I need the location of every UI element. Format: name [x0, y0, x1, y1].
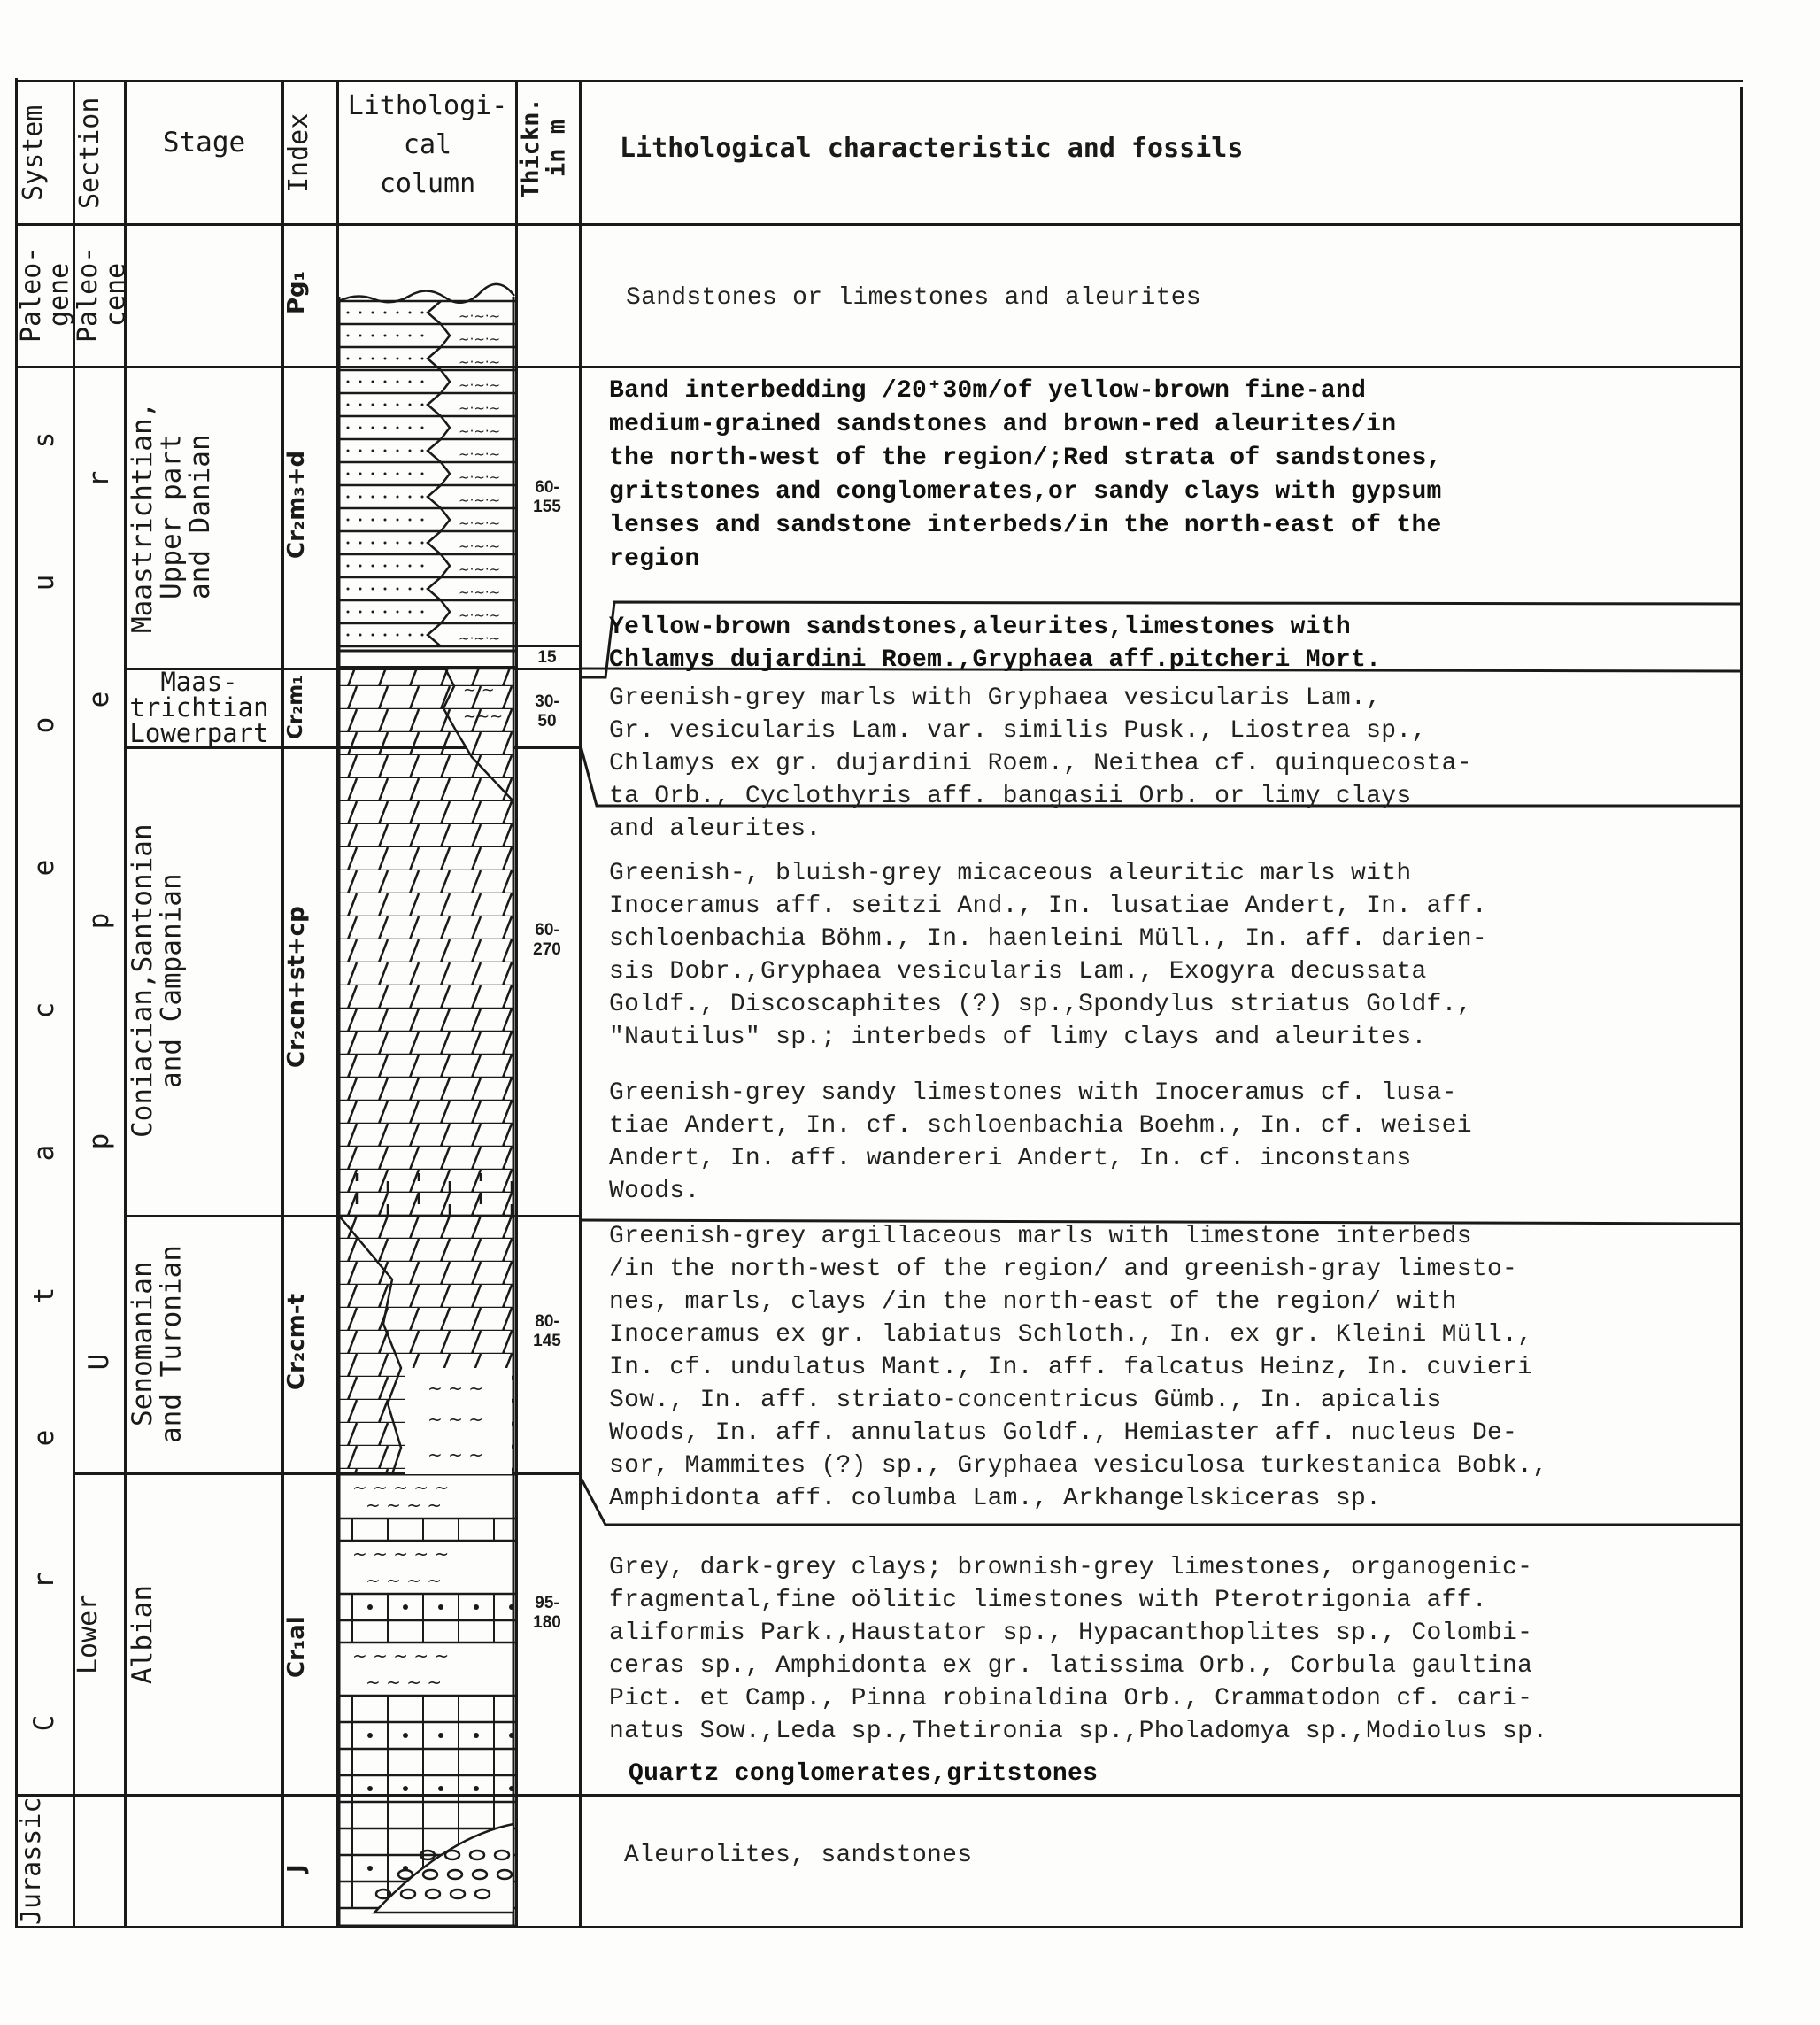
thickness-coniacian: 60- 270	[521, 921, 574, 960]
thickness-senomanian: 80- 145	[521, 1312, 574, 1351]
svg-text:~·~·~: ~·~·~	[459, 538, 500, 554]
vertical-letter: C	[28, 1710, 60, 1736]
header-thickness: Thickn. in m	[518, 81, 578, 214]
svg-text:~·~·~: ~·~·~	[459, 492, 500, 508]
svg-text:~·~·~: ~·~·~	[459, 561, 500, 577]
row-divider	[15, 1794, 1743, 1797]
vertical-letter: p	[83, 908, 115, 934]
svg-text:~ ~: ~ ~	[463, 681, 495, 699]
svg-text:~·~·~: ~·~·~	[459, 446, 500, 462]
vertical-letter: r	[28, 1567, 60, 1594]
index-cr2cn-st-cp: Cr₂cn+st+cp	[285, 885, 335, 1089]
vertical-letter: e	[83, 686, 115, 713]
lithological-column-drawing: ~·~·~~·~·~~·~·~~·~·~~·~·~~·~·~~·~·~~·~·~…	[339, 226, 515, 1926]
vertical-letter: t	[28, 1282, 60, 1309]
header-stage: Stage	[127, 122, 281, 163]
svg-text:~ ~ ~: ~ ~ ~	[428, 1409, 483, 1430]
index-cr1al: Cr₁al	[285, 1594, 335, 1700]
svg-text:~ ~ ~: ~ ~ ~	[428, 1378, 483, 1399]
vertical-letter: c	[28, 997, 60, 1024]
row-divider	[515, 645, 579, 647]
header-divider	[15, 223, 1743, 226]
vertical-letter: e	[28, 1425, 60, 1451]
stage-maastrichtian-lower: Maas- trichtian Lowerpart	[115, 669, 283, 746]
vertical-letter: U	[83, 1349, 115, 1375]
stage-albian: Albian	[128, 1475, 279, 1794]
svg-text:~ ~ ~ ~: ~ ~ ~ ~	[366, 1570, 442, 1591]
header-section: Section	[76, 84, 122, 221]
svg-text:~·~·~: ~·~·~	[459, 377, 500, 393]
svg-text:~ ~ ~ ~ ~: ~ ~ ~ ~ ~	[352, 1543, 449, 1565]
svg-text:~ ~ ~ ~ ~: ~ ~ ~ ~ ~	[352, 1645, 449, 1666]
index-cr2m3d: Cr₂m₃+d	[285, 416, 335, 593]
header-characteristic: Lithological characteristic and fossils	[620, 128, 1416, 169]
vertical-letter: p	[83, 1128, 115, 1155]
description-maastrichtian-15m: Yellow-brown sandstones,aleurites,limest…	[609, 611, 1381, 676]
svg-text:~·~·~: ~·~·~	[459, 607, 500, 623]
description-jurassic: Aleurolites, sandstones	[624, 1839, 972, 1872]
svg-text:~·~·~: ~·~·~	[459, 630, 500, 646]
stage-coniacian-santonian-campanian: Coniacian,Santonian and Campanian	[128, 749, 279, 1213]
thickness-albian: 95- 180	[521, 1594, 574, 1633]
svg-text:~·~·~: ~·~·~	[459, 515, 500, 531]
section-lower: Lower	[74, 1475, 123, 1794]
index-j: J	[285, 1842, 335, 1895]
svg-text:~·~·~: ~·~·~	[459, 584, 500, 600]
header-lithological-column: Lithologi- cal column	[339, 87, 516, 204]
vertical-letter: s	[28, 427, 60, 453]
svg-text:~·~·~: ~·~·~	[459, 331, 500, 347]
description-maastrichtian-lower: Greenish-grey marls with Gryphaea vesicu…	[609, 682, 1472, 846]
header-system: System	[19, 84, 69, 221]
vertical-letter: a	[28, 1140, 60, 1166]
svg-text:~·~·~: ~·~·~	[459, 400, 500, 416]
svg-text:~·~·~: ~·~·~	[459, 423, 500, 439]
header-index: Index	[285, 84, 335, 221]
thickness-15: 15	[521, 648, 574, 668]
description-albian-base: Quartz conglomerates,gritstones	[629, 1758, 1098, 1790]
index-cr2m1: Cr₂m₁	[285, 669, 335, 746]
vertical-letter: o	[28, 712, 60, 738]
svg-text:~·~·~: ~·~·~	[459, 469, 500, 485]
svg-text:~·~·~: ~·~·~	[459, 354, 500, 370]
section-paleocene: Paleo- cene	[74, 226, 123, 364]
vertical-letter: e	[28, 854, 60, 881]
thickness-maastrichtian-upper: 60- 155	[521, 478, 574, 517]
svg-text:~ ~ ~ ~: ~ ~ ~ ~	[366, 1495, 442, 1516]
system-paleogene: Paleo- gene	[18, 226, 71, 364]
index-pg1: Pg₁	[285, 257, 335, 328]
svg-text:~ ~ ~: ~ ~ ~	[428, 1444, 483, 1465]
table-bottom-border	[15, 1926, 1743, 1928]
vertical-letter: u	[28, 569, 60, 596]
stage-senomanian-turonian: Senomanian and Turonian	[128, 1217, 279, 1471]
vertical-letter: r	[83, 466, 115, 492]
description-coniacian-marls: Greenish-, bluish-grey micaceous aleurit…	[609, 857, 1487, 1054]
description-maastrichtian-upper: Band interbedding /20⁺30m/of yellow-brow…	[609, 375, 1442, 576]
description-paleocene: Sandstones or limestones and aleurites	[626, 282, 1201, 314]
column-divider	[515, 80, 518, 1928]
description-albian: Grey, dark-grey clays; brownish-grey lim…	[609, 1551, 1547, 1748]
index-cr2cm-t: Cr₂cm-t	[285, 1275, 335, 1408]
svg-text:~ ~ ~ ~: ~ ~ ~ ~	[366, 1672, 442, 1693]
svg-text:~~~: ~~~	[463, 707, 503, 726]
stage-maastrichtian-upper: Maastrichtian, Upper part and Danian	[128, 368, 279, 666]
description-coniacian-limestones: Greenish-grey sandy limestones with Inoc…	[609, 1077, 1472, 1208]
system-jurassic: Jurassic	[18, 1797, 71, 1926]
thickness-maastrichtian-lower: 30- 50	[521, 692, 574, 731]
table-top-border	[15, 80, 1743, 82]
svg-text:~·~·~: ~·~·~	[459, 308, 500, 324]
description-senomanian-turonian: Greenish-grey argillaceous marls with li…	[609, 1220, 1547, 1515]
